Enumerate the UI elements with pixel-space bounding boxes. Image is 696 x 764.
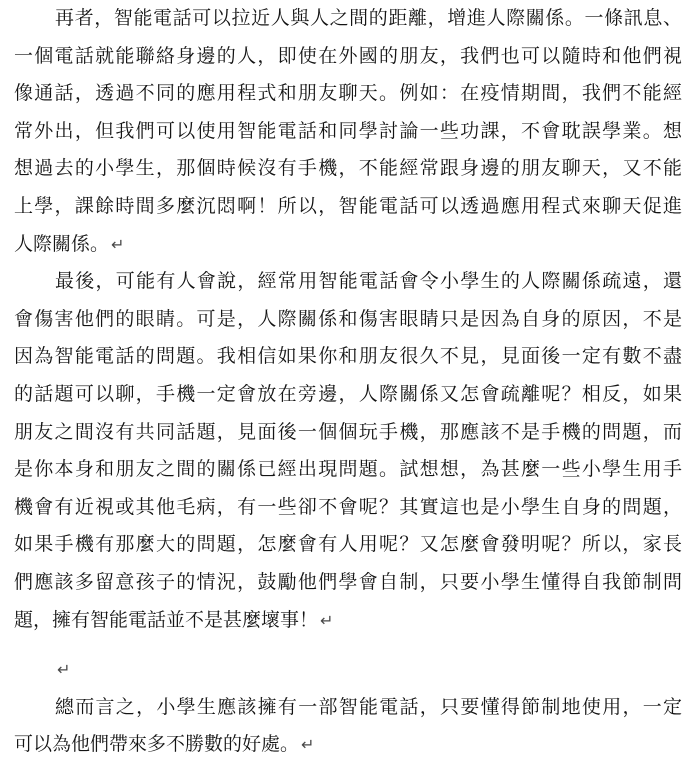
paragraph-mark-icon: ↵ <box>299 735 314 754</box>
paragraph-mark-icon: ↵ <box>55 660 70 679</box>
text-line: 可以為他們帶來多不勝數的好處。↵ <box>14 726 682 764</box>
text-line: 像通話，透過不同的應用程式和朋友聊天。例如：在疫情期間，我們不能經 <box>14 75 682 113</box>
text-line: 常外出，但我們可以使用智能電話和同學討論一些功課，不會耽誤學業。想 <box>14 113 682 151</box>
paragraph: 總而言之，小學生應該擁有一部智能電話，只要懂得節制地使用，一定 可以為他們帶來多… <box>14 689 682 764</box>
text-line: 如果手機有那麼大的問題，怎麼會有人用呢？又怎麼會發明呢？所以，家長 <box>14 526 682 564</box>
empty-line: ↵ <box>14 651 682 689</box>
text-line: 人際關係。↵ <box>14 226 682 264</box>
text-line: 總而言之，小學生應該擁有一部智能電話，只要懂得節制地使用，一定 <box>14 689 682 727</box>
paragraph: 再者，智能電話可以拉近人與人之間的距離，增進人際關係。一條訊息、 一個電話就能聯… <box>14 0 682 263</box>
text-line: 上學，課餘時間多麼沉悶啊！所以，智能電話可以透過應用程式來聊天促進 <box>14 188 682 226</box>
paragraph-mark-icon: ↵ <box>318 611 333 630</box>
text-line: 因為智能電話的問題。我相信如果你和朋友很久不見，見面後一定有數不盡 <box>14 338 682 376</box>
text-line: 機會有近視或其他毛病，有一些卻不會呢？其實這也是小學生自身的問題， <box>14 489 682 527</box>
text-line-content: 題，擁有智能電話並不是甚麼壞事！ <box>14 609 318 631</box>
text-line-content: 可以為他們帶來多不勝數的好處。 <box>14 733 299 755</box>
text-line-content: 人際關係。 <box>14 233 109 255</box>
text-line: 題，擁有智能電話並不是甚麼壞事！↵ <box>14 602 682 640</box>
text-line: 一個電話就能聯絡身邊的人，即使在外國的朋友，我們也可以隨時和他們視 <box>14 38 682 76</box>
text-line: 想過去的小學生，那個時候沒有手機，不能經常跟身邊的朋友聊天，又不能 <box>14 150 682 188</box>
text-line: 朋友之間沒有共同話題，見面後一個個玩手機，那應該不是手機的問題，而 <box>14 414 682 452</box>
text-line: 最後，可能有人會說，經常用智能電話會令小學生的人際關係疏遠，還 <box>14 263 682 301</box>
paragraph-mark-icon: ↵ <box>109 235 124 254</box>
text-line: 再者，智能電話可以拉近人與人之間的距離，增進人際關係。一條訊息、 <box>14 0 682 38</box>
text-line: 是你本身和朋友之間的關係已經出現問題。試想想，為甚麼一些小學生用手 <box>14 451 682 489</box>
paragraph-empty: ↵ <box>14 651 682 689</box>
document-page[interactable]: 再者，智能電話可以拉近人與人之間的距離，增進人際關係。一條訊息、 一個電話就能聯… <box>0 0 696 764</box>
text-line: 的話題可以聊，手機一定會放在旁邊，人際關係又怎會疏離呢？相反，如果 <box>14 376 682 414</box>
text-line: 們應該多留意孩子的情況，鼓勵他們學會自制，只要小學生懂得自我節制問 <box>14 564 682 602</box>
paragraph: 最後，可能有人會說，經常用智能電話會令小學生的人際關係疏遠，還 會傷害他們的眼睛… <box>14 263 682 639</box>
text-line: 會傷害他們的眼睛。可是，人際關係和傷害眼睛只是因為自身的原因，不是 <box>14 301 682 339</box>
